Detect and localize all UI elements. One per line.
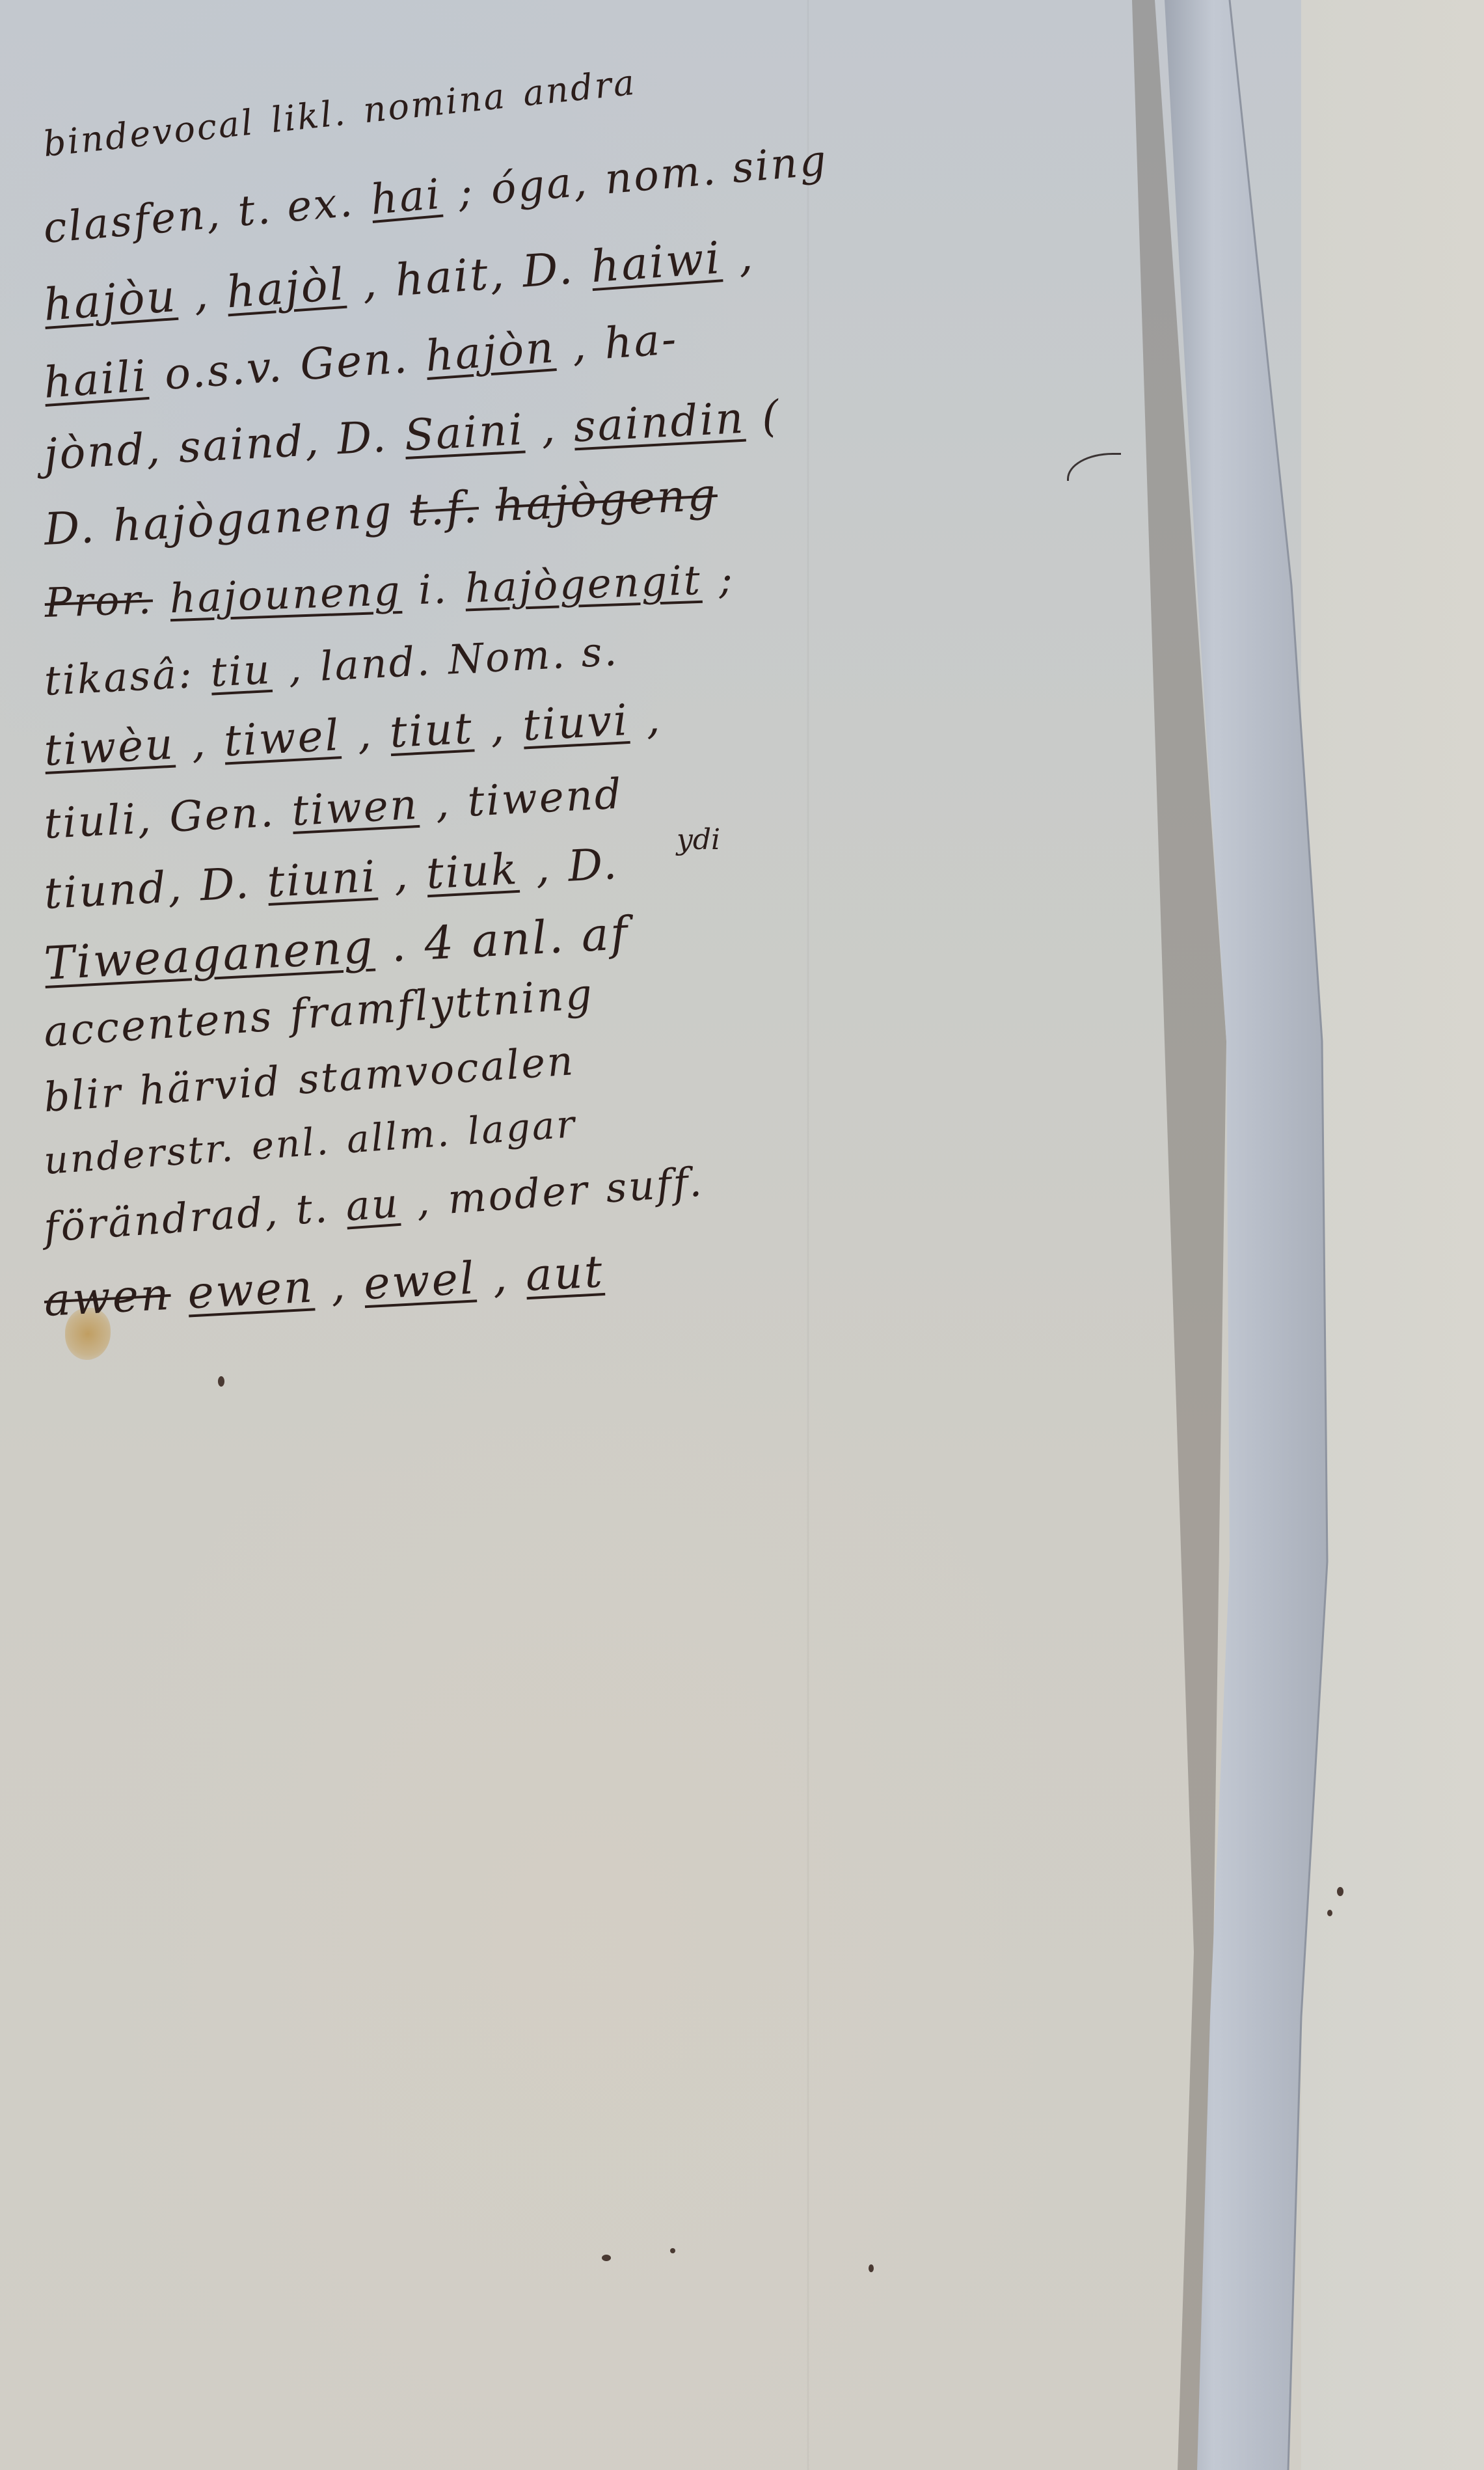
word: , xyxy=(534,842,552,893)
word: D. xyxy=(567,839,619,891)
underlined-word: hai xyxy=(369,170,444,224)
underlined-word: hajòn xyxy=(424,322,557,381)
word: tiuli, xyxy=(43,794,154,848)
word: ; xyxy=(456,167,476,217)
word: , xyxy=(571,320,589,371)
word: , xyxy=(540,403,558,454)
word: ( xyxy=(761,391,782,442)
ink-speck xyxy=(670,2248,675,2253)
ink-speck xyxy=(602,2255,611,2261)
word: ha- xyxy=(602,314,679,369)
facing-page-edge xyxy=(1301,0,1484,2470)
underlined-word: tiuk xyxy=(425,844,520,899)
word: jònd, xyxy=(43,424,163,480)
word: , xyxy=(435,779,452,828)
word: , xyxy=(415,1177,433,1225)
page-fold-line xyxy=(807,0,809,2470)
word: Gen. xyxy=(169,789,277,842)
word: D. xyxy=(336,411,388,464)
word: suff. xyxy=(604,1158,705,1212)
word: 4 anl. af xyxy=(423,906,630,970)
underlined-word: hajouneng xyxy=(169,567,403,622)
word: likl. xyxy=(269,92,349,141)
ink-speck xyxy=(1337,1887,1343,1896)
word: Gen. xyxy=(299,332,411,390)
word: . xyxy=(390,918,409,972)
underlined-word: au xyxy=(344,1179,401,1230)
word: , xyxy=(287,644,304,692)
word: land. xyxy=(319,637,433,690)
underlined-word: hajògengit xyxy=(464,556,703,612)
ink-speck xyxy=(218,1376,224,1387)
word: , xyxy=(489,701,507,752)
word: , xyxy=(736,230,756,283)
word: , xyxy=(356,709,374,759)
underlined-word: tiwel xyxy=(223,710,342,766)
word: D. xyxy=(520,243,576,297)
word: enl. xyxy=(250,1119,331,1168)
underlined-word: haili xyxy=(42,351,150,408)
word: t. ex. xyxy=(236,178,356,236)
word: ; xyxy=(718,555,735,603)
word: blir xyxy=(42,1068,124,1121)
underlined-word: ewel xyxy=(362,1253,477,1310)
underlined-word: hajòl xyxy=(225,259,347,319)
underlined-word: Saini xyxy=(403,404,526,461)
word: , xyxy=(360,256,380,309)
word: D. xyxy=(43,502,98,556)
underlined-word: hajòu xyxy=(42,271,178,331)
word: óga, xyxy=(489,157,590,214)
ink-speck xyxy=(869,2264,874,2272)
underlined-word: tiuni xyxy=(266,851,379,907)
underlined-word: ewen xyxy=(186,1261,315,1319)
word: Nom. s. xyxy=(447,627,620,684)
word: tiund, xyxy=(43,862,185,919)
word: saind, xyxy=(178,415,322,472)
word: , xyxy=(491,1251,510,1303)
word: , xyxy=(392,850,411,901)
underlined-word: tiu xyxy=(209,645,273,696)
word: lagar xyxy=(466,1102,578,1154)
underlined-word: saindin xyxy=(573,393,746,452)
word: , xyxy=(192,268,211,321)
struck-word: awen xyxy=(43,1269,172,1327)
word: tikasâ: xyxy=(43,649,195,705)
struck-word: Pror. xyxy=(44,575,154,627)
word: , xyxy=(330,1260,349,1312)
underlined-word: tiwèu xyxy=(43,719,176,776)
underlined-word: tiuvi xyxy=(522,695,630,750)
word: , xyxy=(645,693,663,744)
underlined-word: haiwi xyxy=(589,232,723,293)
word: D. xyxy=(199,858,252,910)
word: o.s.v. xyxy=(163,341,285,400)
word: i. xyxy=(418,565,449,614)
struck-word: t.f. xyxy=(409,482,480,536)
underlined-word: tiut xyxy=(388,703,475,758)
word: hait, xyxy=(394,248,507,307)
word: allm. xyxy=(345,1110,452,1161)
underlined-word: aut xyxy=(524,1246,606,1301)
word: tiwend xyxy=(466,770,625,826)
word: moder xyxy=(446,1166,591,1223)
word: , xyxy=(190,717,208,768)
underlined-word: tiwen xyxy=(291,781,420,835)
interlinear-insertion: ydi xyxy=(677,823,720,856)
ink-speck xyxy=(1327,1910,1332,1916)
word: härvid xyxy=(138,1057,284,1115)
word: t. xyxy=(294,1184,331,1234)
